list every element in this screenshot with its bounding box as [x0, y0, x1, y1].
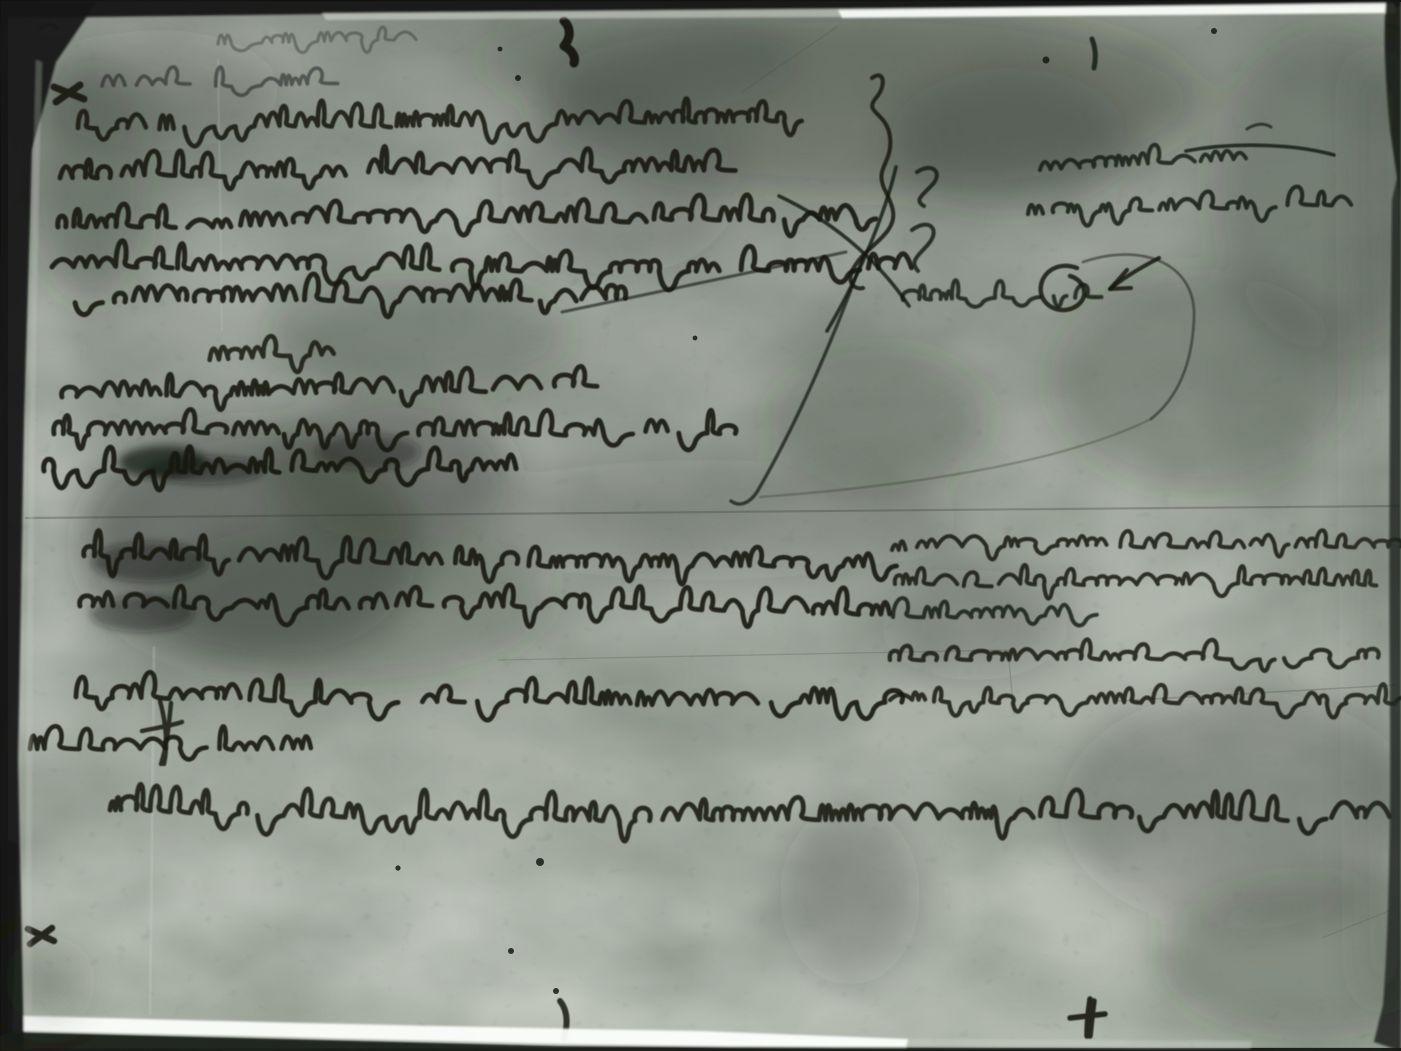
ink-dot: [498, 47, 503, 52]
ink-dot: [395, 865, 400, 870]
ink-dot: [553, 988, 559, 994]
ink-dot: [515, 75, 521, 81]
right-shade: [1352, 60, 1401, 1000]
manuscript-photo: Photostat of an aged paper document writ…: [0, 0, 1401, 1051]
ink-dot: [508, 948, 514, 954]
manuscript-photo-svg: [0, 0, 1401, 1051]
bottom-left-speckle-zone: [20, 950, 80, 1015]
ink-dot: [536, 858, 544, 866]
ink-dot: [1043, 57, 1050, 64]
ink-dot: [693, 336, 698, 341]
ink-dot: [1211, 28, 1217, 34]
